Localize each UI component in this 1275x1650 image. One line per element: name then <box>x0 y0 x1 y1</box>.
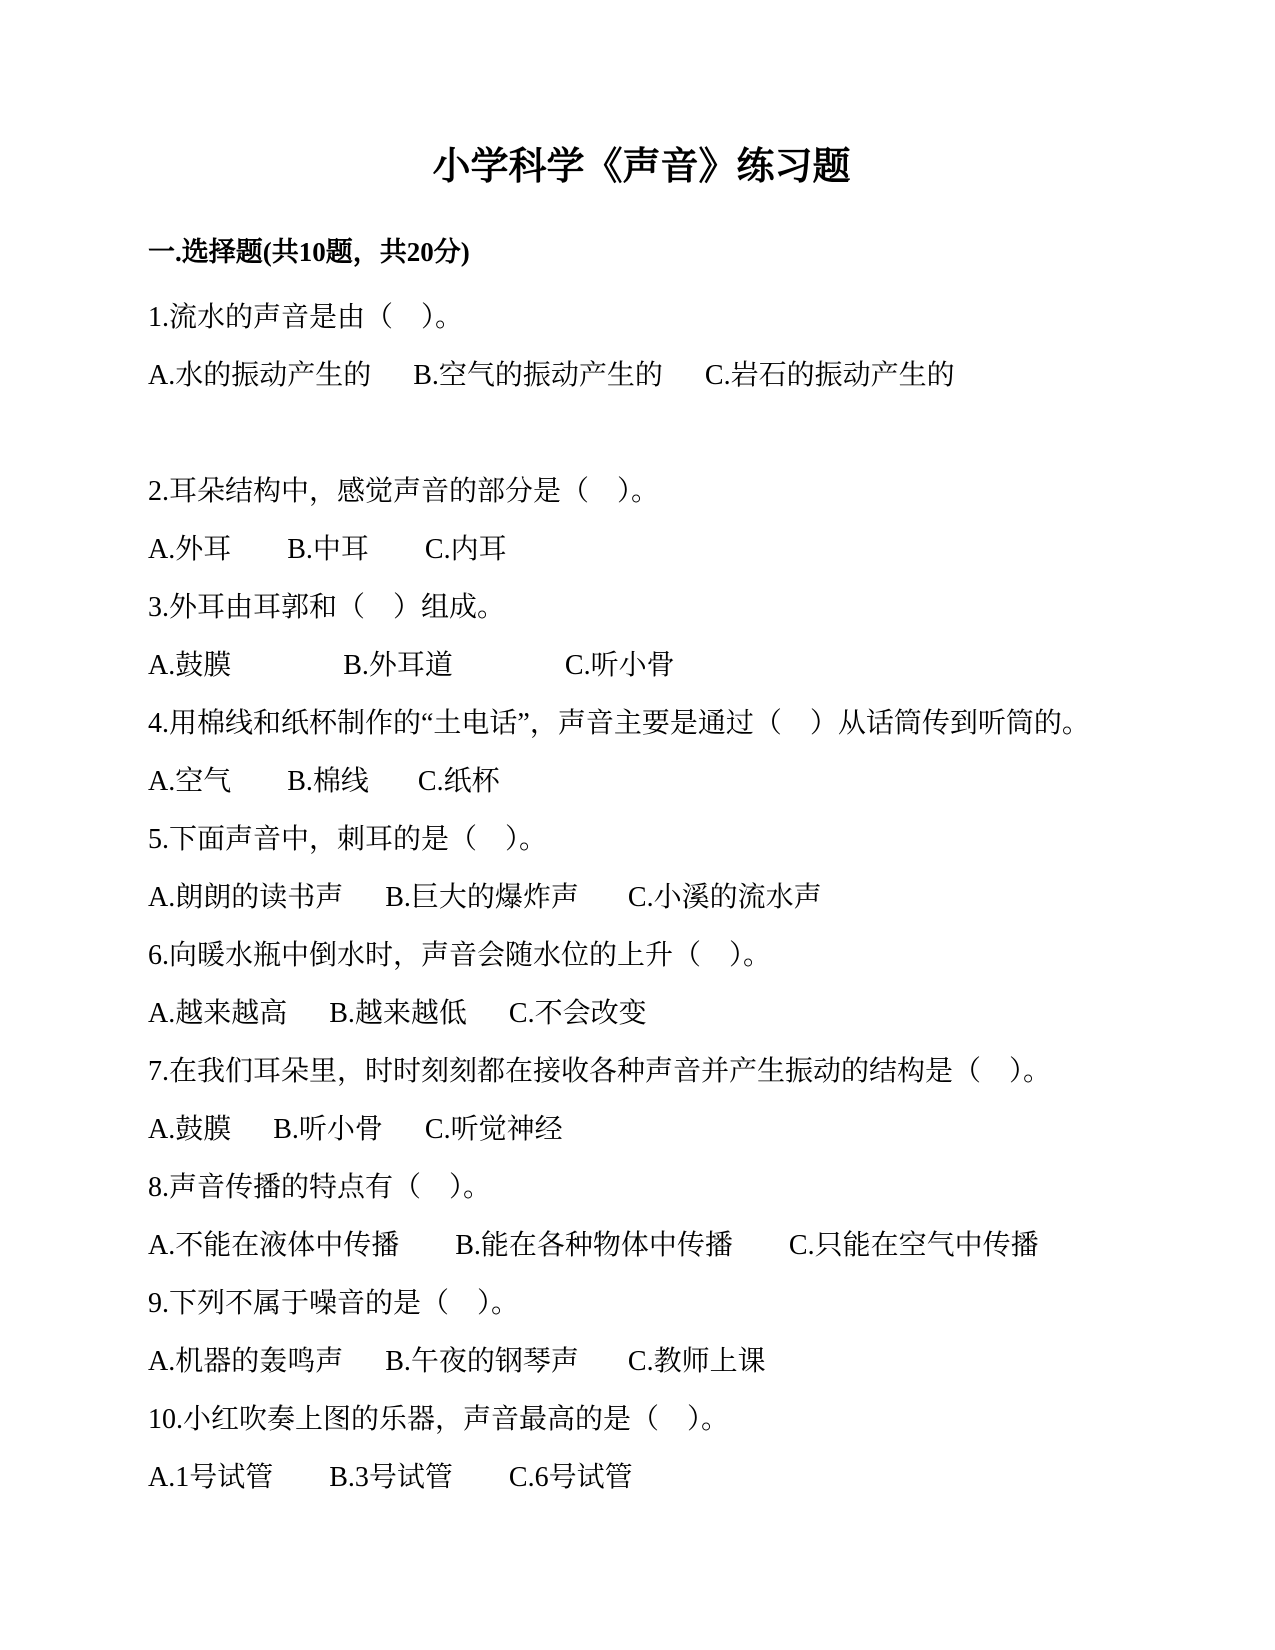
question-6-options: A.越来越高 B.越来越低 C.不会改变 <box>148 985 1135 1043</box>
question-1: 1.流水的声音是由（ ）。 A.水的振动产生的 B.空气的振动产生的 C.岩石的… <box>148 289 1135 463</box>
question-6-text: 6.向暖水瓶中倒水时，声音会随水位的上升（ ）。 <box>148 927 1135 985</box>
question-7: 7.在我们耳朵里，时时刻刻都在接收各种声音并产生振动的结构是（ ）。 A.鼓膜 … <box>148 1043 1135 1159</box>
section-heading: 一.选择题(共10题，共20分) <box>148 231 1135 273</box>
question-2-options: A.外耳 B.中耳 C.内耳 <box>148 521 1135 579</box>
question-10-options: A.1号试管 B.3号试管 C.6号试管 <box>148 1449 1135 1507</box>
question-1-text: 1.流水的声音是由（ ）。 <box>148 289 1135 347</box>
question-7-text: 7.在我们耳朵里，时时刻刻都在接收各种声音并产生振动的结构是（ ）。 <box>148 1043 1135 1101</box>
question-8-text: 8.声音传播的特点有（ ）。 <box>148 1159 1135 1217</box>
question-2: 2.耳朵结构中，感觉声音的部分是（ ）。 A.外耳 B.中耳 C.内耳 <box>148 463 1135 579</box>
question-9-text: 9.下列不属于噪音的是（ ）。 <box>148 1275 1135 1333</box>
question-3-text: 3.外耳由耳郭和（ ）组成。 <box>148 579 1135 637</box>
question-6: 6.向暖水瓶中倒水时，声音会随水位的上升（ ）。 A.越来越高 B.越来越低 C… <box>148 927 1135 1043</box>
question-8-options: A.不能在液体中传播 B.能在各种物体中传播 C.只能在空气中传播 <box>148 1217 1135 1275</box>
question-list: 1.流水的声音是由（ ）。 A.水的振动产生的 B.空气的振动产生的 C.岩石的… <box>148 289 1135 1507</box>
question-5: 5.下面声音中，刺耳的是（ ）。 A.朗朗的读书声 B.巨大的爆炸声 C.小溪的… <box>148 811 1135 927</box>
question-3-options: A.鼓膜 B.外耳道 C.听小骨 <box>148 637 1135 695</box>
question-1-options: A.水的振动产生的 B.空气的振动产生的 C.岩石的振动产生的 <box>148 347 1135 405</box>
question-10: 10.小红吹奏上图的乐器，声音最高的是（ ）。 A.1号试管 B.3号试管 C.… <box>148 1391 1135 1507</box>
question-9: 9.下列不属于噪音的是（ ）。 A.机器的轰鸣声 B.午夜的钢琴声 C.教师上课 <box>148 1275 1135 1391</box>
question-10-text: 10.小红吹奏上图的乐器，声音最高的是（ ）。 <box>148 1391 1135 1449</box>
question-5-text: 5.下面声音中，刺耳的是（ ）。 <box>148 811 1135 869</box>
question-2-text: 2.耳朵结构中，感觉声音的部分是（ ）。 <box>148 463 1135 521</box>
question-4-options: A.空气 B.棉线 C.纸杯 <box>148 753 1135 811</box>
question-7-options: A.鼓膜 B.听小骨 C.听觉神经 <box>148 1101 1135 1159</box>
worksheet-page: 小学科学《声音》练习题 一.选择题(共10题，共20分) 1.流水的声音是由（ … <box>0 0 1275 1650</box>
question-3: 3.外耳由耳郭和（ ）组成。 A.鼓膜 B.外耳道 C.听小骨 <box>148 579 1135 695</box>
question-5-options: A.朗朗的读书声 B.巨大的爆炸声 C.小溪的流水声 <box>148 869 1135 927</box>
question-9-options: A.机器的轰鸣声 B.午夜的钢琴声 C.教师上课 <box>148 1333 1135 1391</box>
page-title: 小学科学《声音》练习题 <box>148 145 1135 189</box>
question-8: 8.声音传播的特点有（ ）。 A.不能在液体中传播 B.能在各种物体中传播 C.… <box>148 1159 1135 1275</box>
blank-line <box>148 405 1135 463</box>
question-4-text: 4.用棉线和纸杯制作的“土电话”，声音主要是通过（ ）从话筒传到听筒的。 <box>148 695 1135 753</box>
question-4: 4.用棉线和纸杯制作的“土电话”，声音主要是通过（ ）从话筒传到听筒的。 A.空… <box>148 695 1135 811</box>
